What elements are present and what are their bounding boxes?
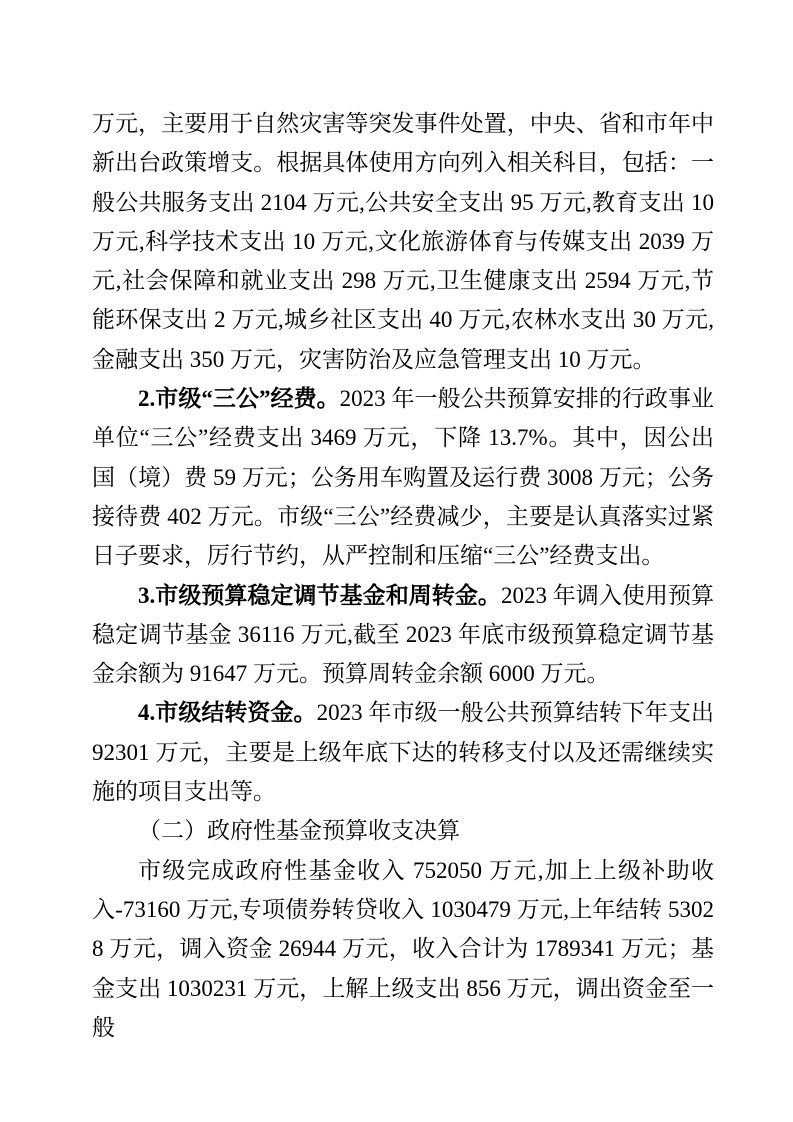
heading-gov-fund-budget: （二）政府性基金预算收支决算: [92, 811, 714, 850]
inline-heading-carryover-funds: 4.市级结转资金。: [138, 700, 317, 725]
body-text: 2023 年一般公共预算安排的行政事业单位“三公”经费支出 3469 万元，下降…: [92, 386, 714, 568]
document-page: 万元，主要用于自然灾害等突发事件处置，中央、省和市年中新出台政策增支。根据具体使…: [0, 0, 793, 1122]
paragraph-general-budget-usage: 万元，主要用于自然灾害等突发事件处置，中央、省和市年中新出台政策增支。根据具体使…: [92, 104, 714, 379]
paragraph-stabilization-fund: 3.市级预算稳定调节基金和周转金。2023 年调入使用预算稳定调节基金 3611…: [92, 576, 714, 694]
subsection-heading-text: （二）政府性基金预算收支决算: [138, 818, 460, 843]
inline-heading-three-public: 2.市级“三公”经费。: [138, 386, 340, 411]
body-text: 市级完成政府性基金收入 752050 万元,加上上级补助收入-73160 万元,…: [92, 858, 714, 1040]
paragraph-gov-fund-details: 市级完成政府性基金收入 752050 万元,加上上级补助收入-73160 万元,…: [92, 851, 714, 1047]
text-block: 万元，主要用于自然灾害等突发事件处置，中央、省和市年中新出台政策增支。根据具体使…: [92, 104, 714, 1047]
body-text: 万元，主要用于自然灾害等突发事件处置，中央、省和市年中新出台政策增支。根据具体使…: [92, 111, 714, 372]
paragraph-three-public-expenses: 2.市级“三公”经费。2023 年一般公共预算安排的行政事业单位“三公”经费支出…: [92, 379, 714, 575]
paragraph-carryover-funds: 4.市级结转资金。2023 年市级一般公共预算结转下年支出 92301 万元，主…: [92, 693, 714, 811]
inline-heading-stabilization-fund: 3.市级预算稳定调节基金和周转金。: [138, 583, 501, 608]
